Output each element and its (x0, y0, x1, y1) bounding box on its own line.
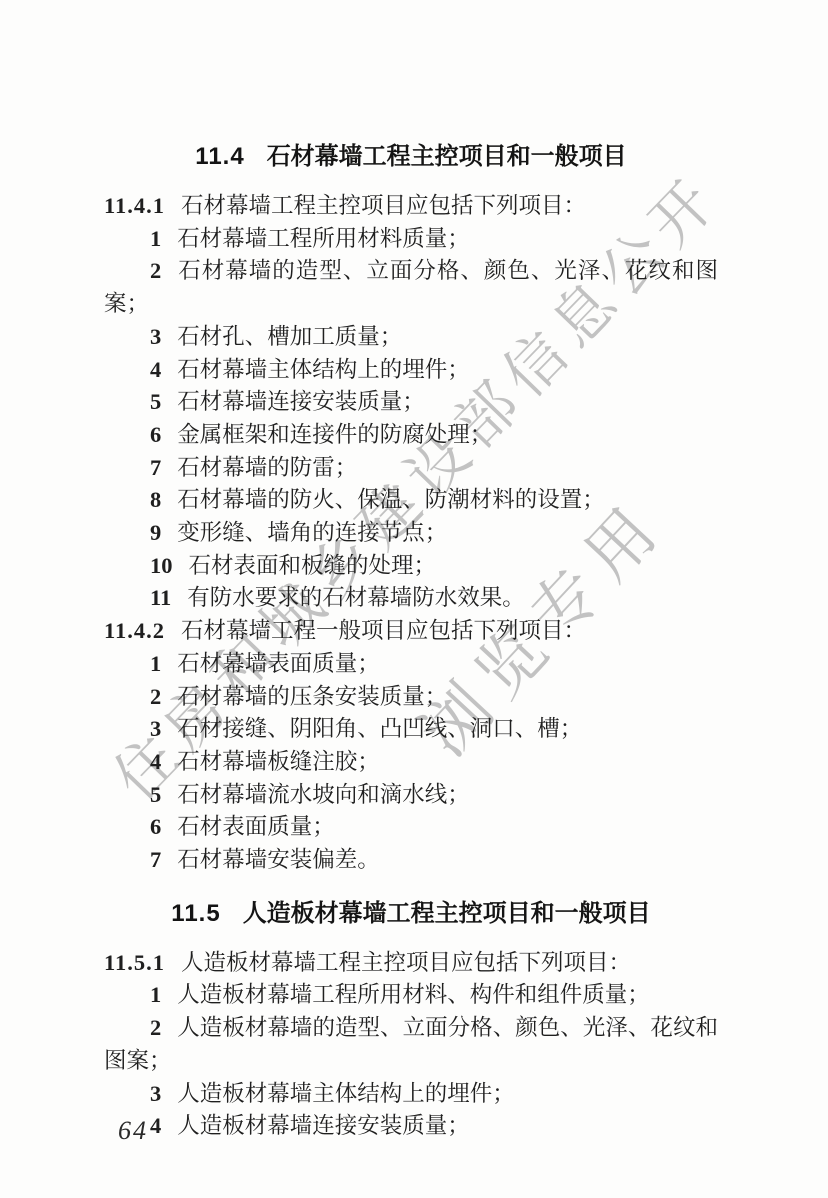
item-number: 11 (150, 582, 171, 615)
item-text: 人造板材幕墙连接安装质量； (177, 1113, 470, 1138)
item-number: 1 (150, 979, 161, 1012)
item-number: 6 (150, 811, 161, 844)
item-number: 2 (150, 255, 161, 288)
list-item: 6石材表面质量； (104, 811, 718, 844)
page-content: 11.4石材幕墙工程主控项目和一般项目11.4.1石材幕墙工程主控项目应包括下列… (104, 140, 718, 1143)
clause-number: 11.4.2 (104, 618, 165, 643)
list-item: 1石材幕墙工程所用材料质量； (104, 223, 718, 256)
list-item: 5石材幕墙流水坡向和滴水线； (104, 779, 718, 812)
document-page: 住房和城乡建设部信息公开 浏览专用 11.4石材幕墙工程主控项目和一般项目11.… (0, 0, 828, 1198)
item-number: 4 (150, 746, 161, 779)
item-text: 金属框架和连接件的防腐处理； (177, 422, 492, 447)
item-text: 石材幕墙主体结构上的埋件； (177, 357, 470, 382)
item-text: 石材幕墙连接安装质量； (177, 389, 425, 414)
item-text: 石材孔、槽加工质量； (177, 324, 402, 349)
item-number: 3 (150, 713, 161, 746)
item-text: 石材幕墙的防雷； (177, 455, 357, 480)
item-number: 4 (150, 1110, 161, 1143)
item-text: 人造板材幕墙主体结构上的埋件； (177, 1081, 515, 1106)
list-item: 8石材幕墙的防火、保温、防潮材料的设置； (104, 484, 718, 517)
section-number: 11.5 (171, 900, 220, 927)
clause-number: 11.4.1 (104, 193, 165, 218)
list-item: 2人造板材幕墙的造型、立面分格、颜色、光泽、花纹和图案； (104, 1012, 718, 1077)
item-number: 2 (150, 681, 161, 714)
item-text: 石材幕墙表面质量； (177, 651, 380, 676)
item-text: 石材表面和板缝的处理； (189, 553, 437, 578)
item-number: 2 (150, 1012, 161, 1045)
list-item: 5石材幕墙连接安装质量； (104, 386, 718, 419)
list-item: 1人造板材幕墙工程所用材料、构件和组件质量； (104, 979, 718, 1012)
list-item: 1石材幕墙表面质量； (104, 648, 718, 681)
item-text: 石材幕墙板缝注胶； (177, 749, 380, 774)
item-number: 9 (150, 517, 161, 550)
list-item: 4石材幕墙主体结构上的埋件； (104, 354, 718, 387)
item-number: 3 (150, 321, 161, 354)
list-item: 6金属框架和连接件的防腐处理； (104, 419, 718, 452)
section-title-text: 人造板材幕墙工程主控项目和一般项目 (243, 900, 651, 927)
item-number: 10 (150, 550, 173, 583)
item-text: 石材幕墙的压条安装质量； (177, 684, 447, 709)
item-number: 1 (150, 648, 161, 681)
item-number: 5 (150, 386, 161, 419)
list-item: 4人造板材幕墙连接安装质量； (104, 1110, 718, 1143)
item-text: 石材幕墙流水坡向和滴水线； (177, 782, 470, 807)
list-item: 7石材幕墙安装偏差。 (104, 844, 718, 877)
document-section: 11.5人造板材幕墙工程主控项目和一般项目11.5.1人造板材幕墙工程主控项目应… (104, 897, 718, 1143)
item-text: 有防水要求的石材幕墙防水效果。 (187, 585, 525, 610)
clause-text: 石材幕墙工程一般项目应包括下列项目： (181, 618, 586, 643)
item-number: 7 (150, 844, 161, 877)
item-text: 石材表面质量； (177, 814, 335, 839)
item-number: 6 (150, 419, 161, 452)
item-number: 4 (150, 354, 161, 387)
document-section: 11.4石材幕墙工程主控项目和一般项目11.4.1石材幕墙工程主控项目应包括下列… (104, 140, 718, 877)
item-text: 石材幕墙的造型、立面分格、颜色、光泽、花纹和图案； (104, 258, 718, 316)
section-number: 11.4 (195, 143, 244, 170)
clause-heading: 11.4.1石材幕墙工程主控项目应包括下列项目： (104, 190, 718, 223)
item-number: 7 (150, 452, 161, 485)
item-number: 3 (150, 1078, 161, 1111)
list-item: 3石材接缝、阴阳角、凸凹线、洞口、槽； (104, 713, 718, 746)
list-item: 11有防水要求的石材幕墙防水效果。 (104, 582, 718, 615)
item-number: 1 (150, 223, 161, 256)
list-item: 4石材幕墙板缝注胶； (104, 746, 718, 779)
clause-number: 11.5.1 (104, 950, 165, 975)
clause-heading: 11.5.1人造板材幕墙工程主控项目应包括下列项目： (104, 947, 718, 980)
item-text: 石材幕墙工程所用材料质量； (177, 226, 470, 251)
item-text: 石材幕墙的防火、保温、防潮材料的设置； (177, 487, 605, 512)
section-heading: 11.5人造板材幕墙工程主控项目和一般项目 (104, 897, 718, 930)
list-item: 7石材幕墙的防雷； (104, 452, 718, 485)
clause-heading: 11.4.2石材幕墙工程一般项目应包括下列项目： (104, 615, 718, 648)
list-item: 10石材表面和板缝的处理； (104, 550, 718, 583)
item-text: 石材幕墙安装偏差。 (177, 847, 380, 872)
list-item: 2石材幕墙的造型、立面分格、颜色、光泽、花纹和图案； (104, 255, 718, 320)
item-number: 8 (150, 484, 161, 517)
page-number: 64 (118, 1116, 148, 1146)
item-number: 5 (150, 779, 161, 812)
list-item: 3石材孔、槽加工质量； (104, 321, 718, 354)
item-text: 人造板材幕墙的造型、立面分格、颜色、光泽、花纹和图案； (104, 1015, 718, 1073)
item-text: 变形缝、墙角的连接节点； (177, 520, 447, 545)
section-title-text: 石材幕墙工程主控项目和一般项目 (267, 143, 627, 170)
item-text: 人造板材幕墙工程所用材料、构件和组件质量； (177, 982, 650, 1007)
list-item: 2石材幕墙的压条安装质量； (104, 681, 718, 714)
list-item: 9变形缝、墙角的连接节点； (104, 517, 718, 550)
section-heading: 11.4石材幕墙工程主控项目和一般项目 (104, 140, 718, 173)
list-item: 3人造板材幕墙主体结构上的埋件； (104, 1078, 718, 1111)
item-text: 石材接缝、阴阳角、凸凹线、洞口、槽； (177, 716, 582, 741)
clause-text: 人造板材幕墙工程主控项目应包括下列项目： (181, 950, 631, 975)
clause-text: 石材幕墙工程主控项目应包括下列项目： (181, 193, 586, 218)
